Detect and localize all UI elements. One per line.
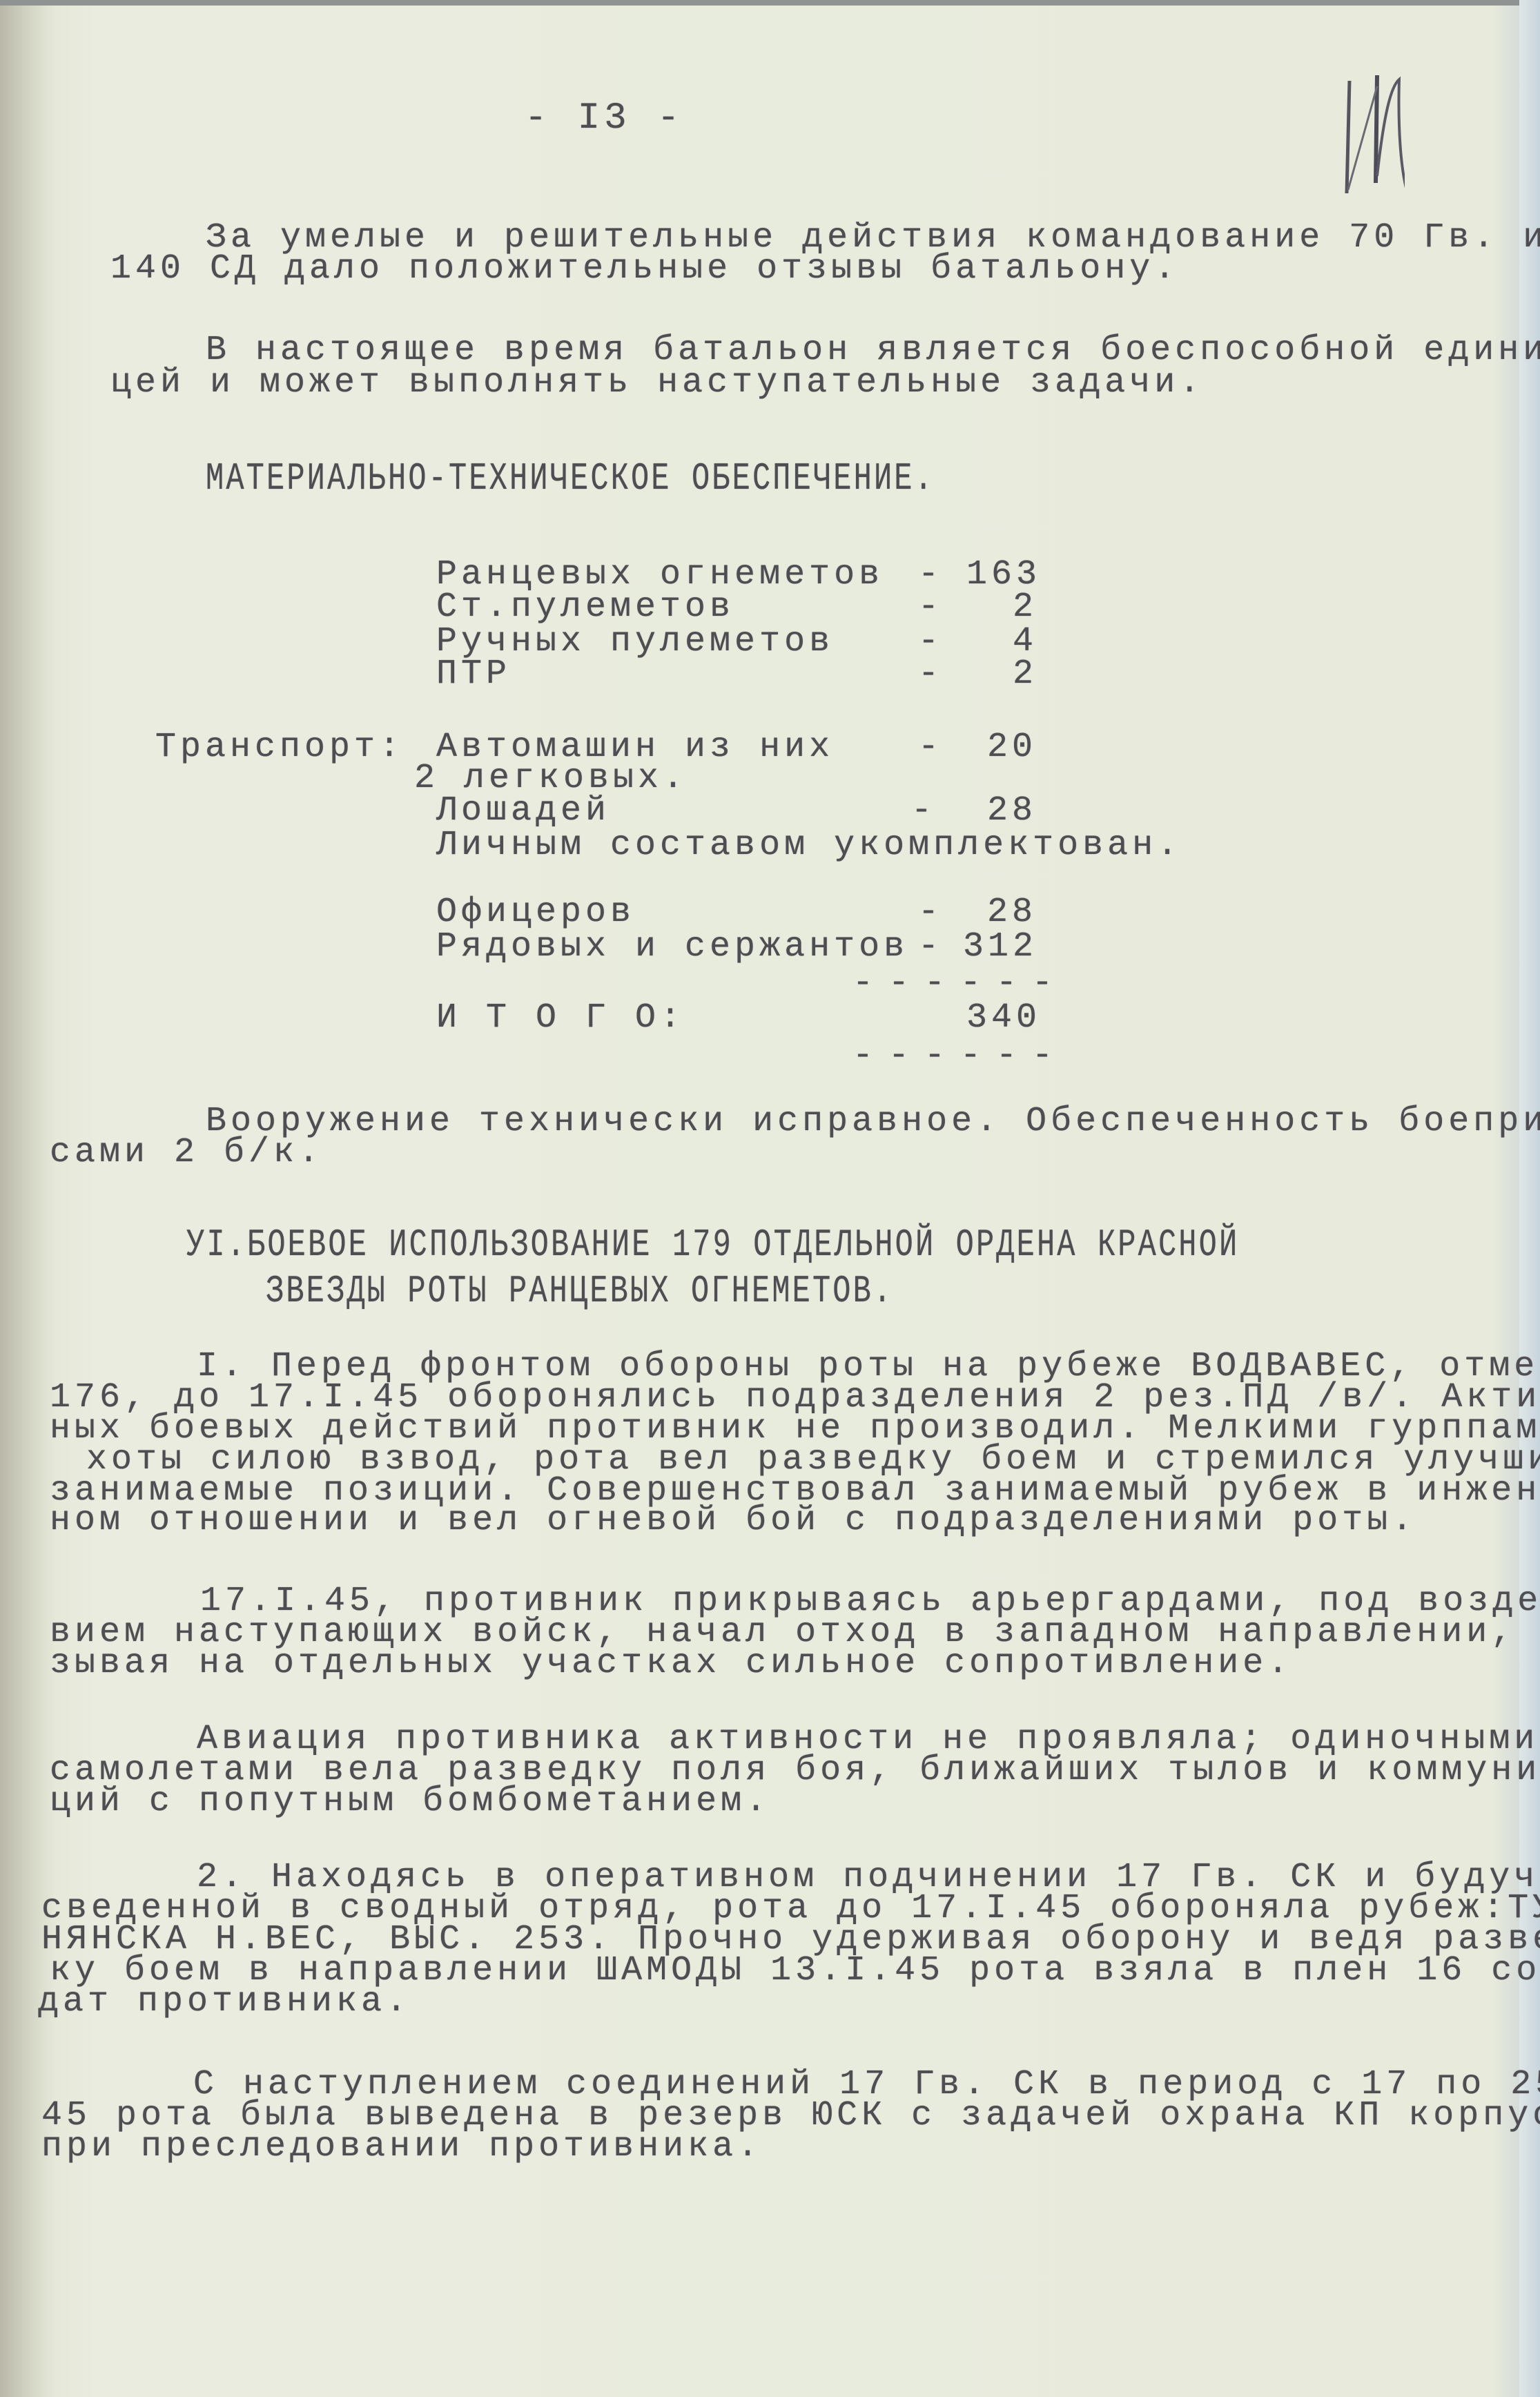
- personnel-dash: -: [918, 930, 943, 964]
- paragraph-line: зывая на отдельных участках сильное сопр…: [50, 1647, 1292, 1681]
- paragraph-line: при преследовании противника.: [41, 2130, 762, 2164]
- personnel-count: 28: [987, 895, 1037, 930]
- armament-condition-line1: Вооружение технически исправное. Обеспеч…: [206, 1105, 1540, 1139]
- paragraph-line: ций с попутным бомбометанием.: [50, 1785, 770, 1819]
- handwritten-initials-mark: [1343, 72, 1405, 197]
- transport-count: 20: [987, 730, 1037, 765]
- intro-p1-line2: 140 СД дало положительные отзывы батальо…: [110, 252, 1179, 287]
- personnel-dash: -: [918, 895, 943, 930]
- weapon-count: 2: [1013, 590, 1037, 625]
- transport-count: 28: [987, 794, 1037, 828]
- armament-condition-line2: сами 2 б/к.: [50, 1136, 323, 1170]
- weapon-label: ПТР: [436, 657, 511, 692]
- weapon-dash: -: [918, 590, 943, 625]
- section6-heading-line1: УI.БОЕВОЕ ИСПОЛЬЗОВАНИЕ 179 ОТДЕЛЬНОЙ ОР…: [186, 1225, 1239, 1264]
- total-value: 340: [966, 1001, 1041, 1036]
- supply-heading: МАТЕРИАЛЬНО-ТЕХНИЧЕСКОЕ ОБЕСПЕЧЕНИЕ.: [206, 459, 935, 498]
- transport-dash: -: [911, 794, 936, 828]
- sum-separator-top: ------: [852, 967, 1068, 1001]
- sum-separator-bottom: ------: [852, 1039, 1068, 1074]
- section6-heading-line2: ЗВЕЗДЫ РОТЫ РАНЦЕВЫХ ОГНЕМЕТОВ.: [266, 1272, 893, 1310]
- paragraph-line: дат противника.: [38, 1985, 411, 2019]
- transport-label: Транспорт:: [155, 730, 404, 765]
- page-number: - I3 -: [525, 100, 683, 137]
- scanned-document-page: - I3 - За умелые и решительные действия …: [0, 0, 1540, 2397]
- weapon-label: Ст.пулеметов: [436, 590, 734, 625]
- scan-top-edge: [0, 0, 1540, 6]
- weapon-count: 2: [1013, 657, 1037, 692]
- transport-dash: -: [918, 730, 943, 765]
- personnel-label: Рядовых и сержантов: [436, 930, 908, 964]
- paragraph-line: ном отношении и вел огневой бой с подраз…: [50, 1504, 1416, 1538]
- transport-item-label: Лошадей: [436, 794, 610, 828]
- intro-p2-line2: цей и может выполнять наступательные зад…: [110, 366, 1204, 400]
- weapon-dash: -: [918, 657, 943, 692]
- personnel-label: Офицеров: [436, 895, 635, 930]
- total-label: И Т О Г О:: [436, 1001, 685, 1036]
- staffing-note: Личным составом укомплектован.: [436, 828, 1182, 863]
- personnel-count: 312: [963, 930, 1037, 964]
